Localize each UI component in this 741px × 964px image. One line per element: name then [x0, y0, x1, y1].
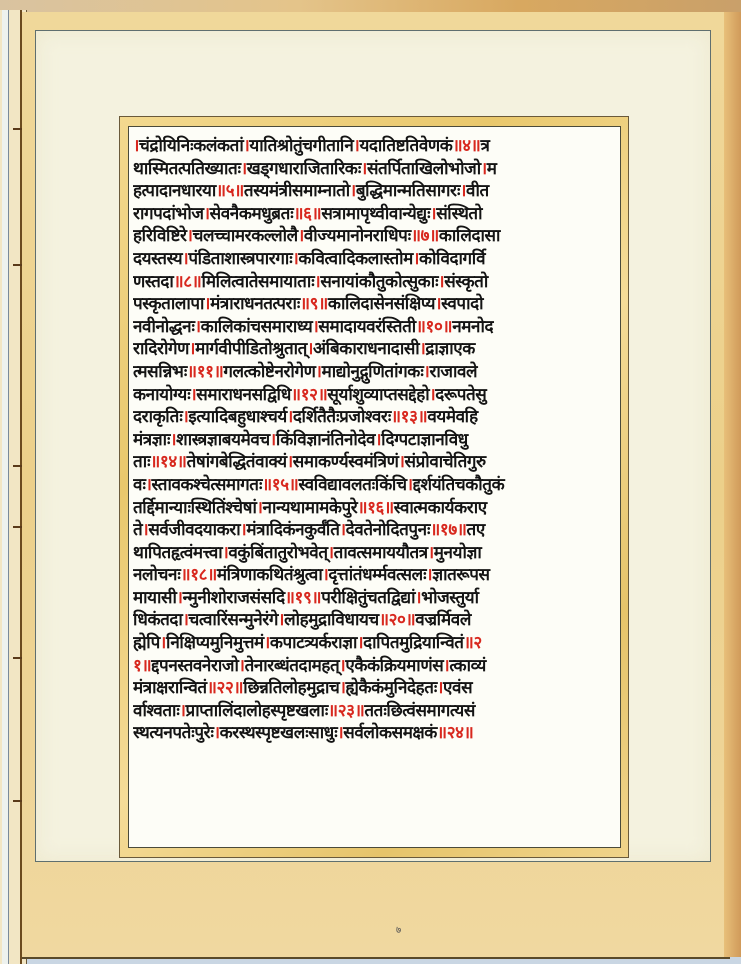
rubric-verse-marker: ॥२०॥: [379, 610, 415, 630]
text-segment: र्वाश्वताः: [133, 701, 179, 721]
text-segment: समाकर्ण्यस्वमंत्रिणं: [293, 452, 399, 472]
text-segment: तावत्समाययौतत्र: [334, 543, 428, 563]
rubric-verse-marker: ॥१०॥: [416, 317, 452, 337]
text-segment: मुनयोज्ञा: [434, 543, 482, 563]
rubric-verse-marker: ॥२३॥: [328, 701, 364, 721]
text-segment: तेनारब्धंतदामहत्: [245, 656, 340, 676]
text-segment: संस्कृतो: [444, 272, 488, 292]
text-line: दयस्तस्य।पंडिताशास्त्रपारगाः।कवित्वादिकल…: [133, 248, 616, 271]
manuscript-text-block: ।चंद्रोयिनिःकलंकतां।यातिश्रोतुंचगीतानि।य…: [128, 126, 621, 848]
text-segment: दर्शितैतैःप्रजोश्वरः: [293, 407, 391, 427]
text-segment: नवीनोद्धनः: [133, 317, 195, 337]
text-segment: प्राप्तालिंदालोहस्पृष्टखलाः: [186, 701, 328, 721]
text-segment: नान्यथामामकेपुरे: [263, 498, 358, 518]
text-segment: सर्वलोकसमक्षकं: [343, 723, 437, 743]
text-segment: हत्पादानधारया: [133, 181, 216, 201]
rubric-verse-marker: ॥११॥: [187, 362, 223, 382]
text-segment: कपाटत्र्यर्कराज्ञा: [270, 633, 357, 653]
text-segment: मंत्राक्षरान्वितं: [133, 678, 207, 698]
text-line: वः।स्तावकश्चेत्समागतः॥१५॥स्वविद्यावलतःकि…: [133, 474, 616, 497]
text-segment: खड्गधाराजितारिकः: [247, 159, 361, 179]
text-segment: तए: [467, 520, 485, 540]
text-segment: शास्त्रज्ञाबयमेवच: [176, 430, 270, 450]
text-segment: त्र: [480, 136, 489, 156]
text-line: र्वाश्वताः।प्राप्तालिंदालोहस्पृष्टखलाः॥२…: [133, 700, 616, 723]
text-segment: स्वविद्यावलतःकिंचि: [298, 475, 406, 495]
text-segment: त्मसन्निभः: [133, 362, 187, 382]
text-line: १॥द्दपनस्तवनेराजो।तेनारब्धंतदामहत्।एकैकं…: [133, 655, 616, 678]
text-line: ताः॥१४॥तेषांगबेद्धितंवाक्यं।समाकर्ण्यस्व…: [133, 451, 616, 474]
text-segment: स्तावकश्चेत्समागतः: [152, 475, 262, 495]
folio-number: ७: [396, 922, 401, 936]
text-segment: वीज्यमानोनराधिपः: [304, 226, 411, 246]
text-segment: मंत्रिणाकथितंश्रुत्वा: [217, 565, 322, 585]
text-segment: तस्यमंत्रीसमाम्नातो: [244, 181, 350, 201]
text-segment: परीक्षितुंचतद्विद्यां: [321, 588, 415, 608]
text-line: ते।सर्वजीवदयाकरा।मंत्रादिकंनकुर्वंति।देव…: [133, 519, 616, 542]
text-segment: कोविदागर्वि: [419, 249, 485, 269]
text-segment: मार्गवीपीडितोश्रुतात्: [195, 339, 307, 359]
text-segment: चंद्रोयिनिःकलंकतां: [139, 136, 243, 156]
left-page-margin: [2, 10, 9, 964]
text-segment: माद्योनुद्गुणितांगकः: [322, 362, 424, 382]
text-segment: कनायोग्यः: [133, 385, 190, 405]
rubric-verse-marker: ॥४॥: [452, 136, 480, 156]
text-line: मंत्रज्ञाः।शास्त्रज्ञाबयमेवच।किंविज्ञानं…: [133, 429, 616, 452]
text-segment: ततःछित्वंसमागत्यसं: [364, 701, 475, 721]
text-segment: ह्येकैकंमुनिदेहतः: [345, 678, 436, 698]
text-segment: दयस्तस्य: [133, 249, 182, 269]
text-segment: दापितमुद्रियान्वितं: [363, 633, 463, 653]
text-segment: नलोचनः: [133, 565, 180, 585]
text-segment: सूर्याशुव्याप्तसद्देहो: [327, 385, 429, 405]
text-segment: वयमेवहि: [427, 407, 477, 427]
text-segment: चलच्चामरकल्लोलै: [193, 226, 298, 246]
text-line: थापितहृत्वंमत्त्वा।वकुंबिंतातुरोभवेत्।ता…: [133, 542, 616, 565]
rubric-verse-marker: ॥१९॥: [285, 588, 321, 608]
text-segment: एवंस: [443, 678, 472, 698]
text-segment: हरिविष्टिरे: [133, 226, 187, 246]
text-segment: चत्वारिंसन्मुनेरंगे: [188, 610, 278, 630]
text-segment: वः: [133, 475, 146, 495]
text-line: ह्मेपि।निक्षिप्यमुनिमुत्तमं।कपाटत्र्यर्क…: [133, 632, 616, 655]
text-segment: इत्यादिबहुधाश्चर्य: [188, 407, 286, 427]
text-segment: देवतेनोदितपुनः: [346, 520, 430, 540]
text-segment: यातिश्रोतुंचगीतानि: [249, 136, 353, 156]
text-line: तर्द्दिमान्याःस्थितिंश्चेषां।नान्यथामामक…: [133, 497, 616, 520]
rubric-verse-marker: ॥९॥: [300, 294, 328, 314]
right-page-edge: [724, 12, 741, 957]
text-segment: ते: [133, 520, 142, 540]
text-segment: वीत: [466, 181, 489, 201]
rubric-verse-marker: ॥५॥: [216, 181, 244, 201]
text-segment: म: [487, 159, 497, 179]
text-line: मायासी।न्मुनीशोराजसंसदि॥१९॥परीक्षितुंचतद…: [133, 587, 616, 610]
text-segment: वज्रर्मिवले: [415, 610, 471, 630]
rubric-verse-marker: ॥१४॥: [150, 452, 186, 472]
rubric-verse-marker: ॥१७॥: [430, 520, 466, 540]
text-segment: मंत्रज्ञाः: [133, 430, 170, 450]
text-segment: धिकंतदा: [133, 610, 182, 630]
text-segment: समाराधनसद्विधि: [196, 385, 291, 405]
text-line: त्मसन्निभः॥११॥गलत्कोष्टेनरोगेण।माद्योनुद…: [133, 361, 616, 384]
text-segment: एकैकंक्रियमाणंस: [345, 656, 443, 676]
text-segment: कवित्वादिकलास्तोम: [298, 249, 413, 269]
text-segment: छिन्नतिलोहमुद्राच: [243, 678, 339, 698]
text-segment: तेषांगबेद्धितंवाक्यं: [187, 452, 287, 472]
text-line: मंत्राक्षरान्वितं॥२२॥छिन्नतिलोहमुद्राच।ह…: [133, 677, 616, 700]
text-segment: स्थत्यनपतेःपुरेः: [133, 723, 214, 743]
text-segment: दिग्पटाज्ञानविधु: [381, 430, 468, 450]
text-segment: करस्थस्पृष्टखलःसाधुः: [220, 723, 338, 743]
text-segment: दराकृतिः: [133, 407, 182, 427]
text-segment: मायासी: [133, 588, 177, 608]
text-segment: थापितहृत्वंमत्त्वा: [133, 543, 222, 563]
text-segment: पंडिताशास्त्रपारगाः: [188, 249, 292, 269]
text-segment: स्वपादो: [441, 294, 483, 314]
text-line: स्थत्यनपतेःपुरेः।करस्थस्पृष्टखलःसाधुः।सर…: [133, 722, 616, 745]
text-segment: त्काव्यं: [449, 656, 486, 676]
text-segment: दरूपतेसु: [435, 385, 486, 405]
rubric-verse-marker: ॥२४॥: [437, 723, 473, 743]
text-segment: रागपदांभोज: [133, 204, 204, 224]
text-segment: नमनोद: [452, 317, 493, 337]
text-segment: सनायांकौतुकोत्सुकाः: [320, 272, 438, 292]
text-line: ।चंद्रोयिनिःकलंकतां।यातिश्रोतुंचगीतानि।य…: [133, 135, 616, 158]
rubric-verse-marker: ॥७॥: [411, 226, 439, 246]
text-segment: दृत्तांतंधर्म्मवत्सलः: [328, 565, 426, 585]
text-line: धिकंतदा।चत्वारिंसन्मुनेरंगे।लोहमुद्राविध…: [133, 609, 616, 632]
text-line: पस्कृतालापा।मंत्राराधनतत्पराः॥९॥कालिदासे…: [133, 293, 616, 316]
text-segment: न्मुनीशोराजसंसदि: [183, 588, 285, 608]
text-segment: द्राज्ञाएक: [425, 339, 475, 359]
text-segment: कालिदासा: [439, 226, 500, 246]
text-segment: ताः: [133, 452, 150, 472]
text-segment: राजावले: [429, 362, 477, 382]
rubric-verse-marker: ॥२२॥: [207, 678, 243, 698]
text-segment: संस्थितो: [436, 204, 482, 224]
text-segment: द्दपनस्तवनेराजो: [151, 656, 238, 676]
text-line: कनायोग्यः।समाराधनसद्विधि॥१२॥सूर्याशुव्या…: [133, 384, 616, 407]
rubric-verse-marker: ॥१३॥: [391, 407, 427, 427]
text-line: णस्तदा॥८॥मिलित्वातेसमायाताः।सनायांकौतुको…: [133, 271, 616, 294]
text-segment: समादायवरंस्तिती: [318, 317, 415, 337]
rubric-verse-marker: ॥६॥: [293, 204, 321, 224]
text-segment: संतर्पिताखिलोभोजो: [367, 159, 481, 179]
rubric-verse-marker: ॥८॥: [173, 272, 201, 292]
text-segment: पस्कृतालापा: [133, 294, 204, 314]
text-line: हत्पादानधारया॥५॥तस्यमंत्रीसमाम्नातो।बुद्…: [133, 180, 616, 203]
text-segment: किंविज्ञानंतिनोदेव: [276, 430, 375, 450]
text-segment: द्दर्शयंतिचकौतुकं: [413, 475, 505, 495]
text-line: हरिविष्टिरे।चलच्चामरकल्लोलै।वीज्यमानोनरा…: [133, 225, 616, 248]
text-segment: तर्द्दिमान्याःस्थितिंश्चेषां: [133, 498, 256, 518]
text-segment: सत्रामापृथ्वीवान्येद्युः: [321, 204, 430, 224]
text-segment: कालिदासेनसंक्षिप्य: [328, 294, 435, 314]
text-segment: मंत्राराधनतत्पराः: [210, 294, 300, 314]
rubric-verse-marker: ॥१८॥: [180, 565, 216, 585]
text-segment: संप्रोवाचेतिगुरु: [405, 452, 486, 472]
text-segment: कालिकांचसमाराध्य: [201, 317, 313, 337]
rubric-verse-marker: १॥: [133, 656, 151, 676]
text-segment: वकुंबिंतातुरोभवेत्: [228, 543, 327, 563]
rubric-verse-marker: ॥१५॥: [262, 475, 298, 495]
text-segment: गलत्कोष्टेनरोगेण: [223, 362, 315, 382]
text-segment: स्वात्मकार्यकराए: [394, 498, 487, 518]
text-line: दराकृतिः।इत्यादिबहुधाश्चर्य।दर्शितैतैःप्…: [133, 406, 616, 429]
text-segment: मंत्रादिकंनकुर्वंति: [246, 520, 339, 540]
text-segment: लोहमुद्राविधायच: [284, 610, 379, 630]
text-segment: भोजस्तुर्या: [421, 588, 479, 608]
text-segment: बुद्धिमान्मतिसागरः: [356, 181, 460, 201]
text-segment: निक्षिप्यमुनिमुत्तमं: [166, 633, 264, 653]
text-segment: ह्मेपि: [133, 633, 160, 653]
rubric-verse-marker: ॥१२॥: [291, 385, 327, 405]
text-segment: मिलित्वातेसमायाताः: [201, 272, 314, 292]
text-segment: अंबिकाराधनादासी: [313, 339, 419, 359]
text-line: रागपदांभोज।सेवनैकमधुब्रतः॥६॥सत्रामापृथ्व…: [133, 203, 616, 226]
text-segment: सेवनैकमधुब्रतः: [210, 204, 294, 224]
text-segment: सर्वजीवदयाकरा: [148, 520, 240, 540]
text-line: नलोचनः॥१८॥मंत्रिणाकथितंश्रुत्वा।दृत्तांत…: [133, 564, 616, 587]
text-line: थास्मितत्पतिख्यातः।खड्गधाराजितारिकः।संतर…: [133, 158, 616, 181]
text-segment: ज्ञातरूपस: [432, 565, 489, 585]
text-line: नवीनोद्धनः।कालिकांचसमाराध्य।समादायवरंस्त…: [133, 316, 616, 339]
text-segment: यदातिष्टतिवेणकं: [359, 136, 452, 156]
text-segment: णस्तदा: [133, 272, 173, 292]
text-segment: रादिरोगेण: [133, 339, 189, 359]
rubric-verse-marker: ॥१६॥: [357, 498, 393, 518]
rubric-verse-marker: ॥२: [464, 633, 482, 653]
text-segment: थास्मितत्पतिख्यातः: [133, 159, 241, 179]
text-line: रादिरोगेण।मार्गवीपीडितोश्रुतात्।अंबिकारा…: [133, 338, 616, 361]
